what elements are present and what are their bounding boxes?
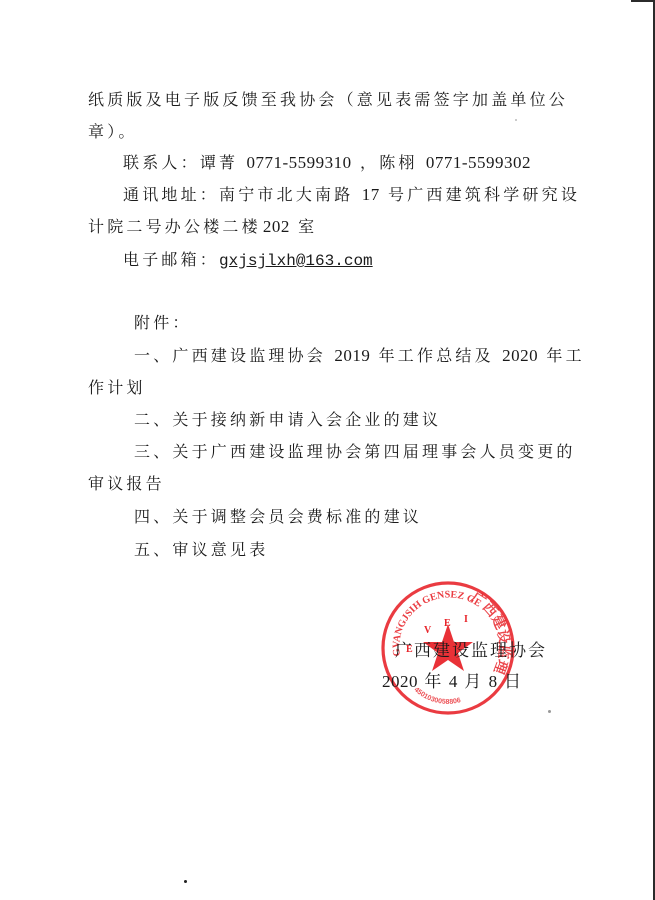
attachment-item-4: 四、关于调整会员会费标准的建议 bbox=[134, 507, 422, 527]
attachment-text: 作计划 bbox=[88, 378, 146, 397]
address-line: 通讯地址：南宁市北大南路 17 号广西建筑科学研究设 bbox=[123, 185, 580, 205]
attachment-text: 一、广西建设监理协会 bbox=[134, 346, 326, 365]
scan-speck bbox=[184, 880, 187, 883]
attachment-text: 四、关于调整会员会费标准的建议 bbox=[134, 507, 422, 526]
address-text: 南宁市北大南路 bbox=[219, 185, 353, 204]
signature-date: 2020 年 4 月 8 日 bbox=[382, 667, 522, 692]
date-day: 8 bbox=[489, 672, 498, 691]
contact-phone-2[interactable]: 0771-5599302 bbox=[426, 153, 531, 172]
address-label: 通讯地址： bbox=[123, 185, 219, 204]
svg-text:I: I bbox=[464, 614, 468, 625]
address-text: 号广西建筑科学研究设 bbox=[388, 185, 580, 204]
attachment-item-2: 二、关于接纳新申请入会企业的建议 bbox=[134, 410, 441, 430]
attachment-text: 年工作总结及 bbox=[379, 346, 494, 365]
attachment-item-1-cont: 作计划 bbox=[88, 378, 146, 398]
date-month-suffix: 月 bbox=[464, 672, 482, 692]
svg-text:V: V bbox=[424, 625, 432, 636]
attachment-text: 审议报告 bbox=[88, 474, 165, 493]
contact-label: 联系人： bbox=[123, 153, 200, 172]
date-year: 2020 bbox=[382, 672, 418, 691]
contact-phone-1[interactable]: 0771-5599310 bbox=[247, 153, 352, 172]
attachments-heading-text: 附件： bbox=[134, 313, 192, 332]
address-line: 计院二号办公楼二楼202 室 bbox=[88, 217, 317, 237]
attachment-item-3: 三、关于广西建设监理协会第四届理事会人员变更的 bbox=[134, 442, 576, 462]
attachment-year: 2019 bbox=[334, 346, 370, 365]
email-link[interactable]: gxjsjlxh@163.com bbox=[219, 252, 373, 270]
address-text: 室 bbox=[298, 217, 317, 236]
paragraph-line: 章）。 bbox=[88, 122, 138, 142]
email-label: 电子邮箱： bbox=[123, 250, 219, 269]
date-day-suffix: 日 bbox=[504, 672, 522, 692]
date-year-suffix: 年 bbox=[424, 672, 442, 692]
scan-speck bbox=[548, 710, 551, 713]
attachment-item-1: 一、广西建设监理协会 2019 年工作总结及 2020 年工 bbox=[134, 346, 585, 366]
svg-text:E: E bbox=[444, 618, 451, 629]
paragraph-text: 纸质版及电子版反馈至我协会（意见表需签字加盖单位公 bbox=[88, 90, 568, 109]
address-room-number: 202 bbox=[263, 217, 290, 236]
attachments-heading: 附件： bbox=[134, 313, 192, 333]
attachment-item-5: 五、审议意见表 bbox=[134, 540, 268, 560]
paragraph-text: 章）。 bbox=[88, 122, 138, 141]
address-number: 17 bbox=[362, 185, 380, 204]
page-edge-top bbox=[631, 0, 655, 2]
date-month: 4 bbox=[449, 672, 458, 691]
contact-line: 联系人：谭菁 0771-5599310 ，陈栩 0771-5599302 bbox=[123, 153, 531, 173]
signature-org: 广西建设监理协会 bbox=[395, 636, 547, 661]
signature-org-text: 广西建设监理协会 bbox=[395, 641, 547, 661]
scan-speck bbox=[515, 119, 517, 121]
paragraph-line: 纸质版及电子版反馈至我协会（意见表需签字加盖单位公 bbox=[88, 90, 568, 110]
attachment-text: 三、关于广西建设监理协会第四届理事会人员变更的 bbox=[134, 442, 576, 461]
attachment-text: 年工 bbox=[546, 346, 584, 365]
contact-person-1: 谭菁 bbox=[200, 153, 238, 172]
attachment-text: 五、审议意见表 bbox=[134, 540, 268, 559]
contact-separator: ， bbox=[360, 153, 379, 172]
svg-text:广西建设监理协会: 广西建设监理协会 bbox=[378, 578, 513, 677]
address-text: 计院二号办公楼二楼 bbox=[88, 217, 261, 236]
attachment-item-3-cont: 审议报告 bbox=[88, 474, 165, 494]
attachment-year: 2020 bbox=[502, 346, 538, 365]
email-line: 电子邮箱：gxjsjlxh@163.com bbox=[123, 250, 373, 271]
attachment-text: 二、关于接纳新申请入会企业的建议 bbox=[134, 410, 441, 429]
contact-person-2: 陈栩 bbox=[379, 153, 417, 172]
